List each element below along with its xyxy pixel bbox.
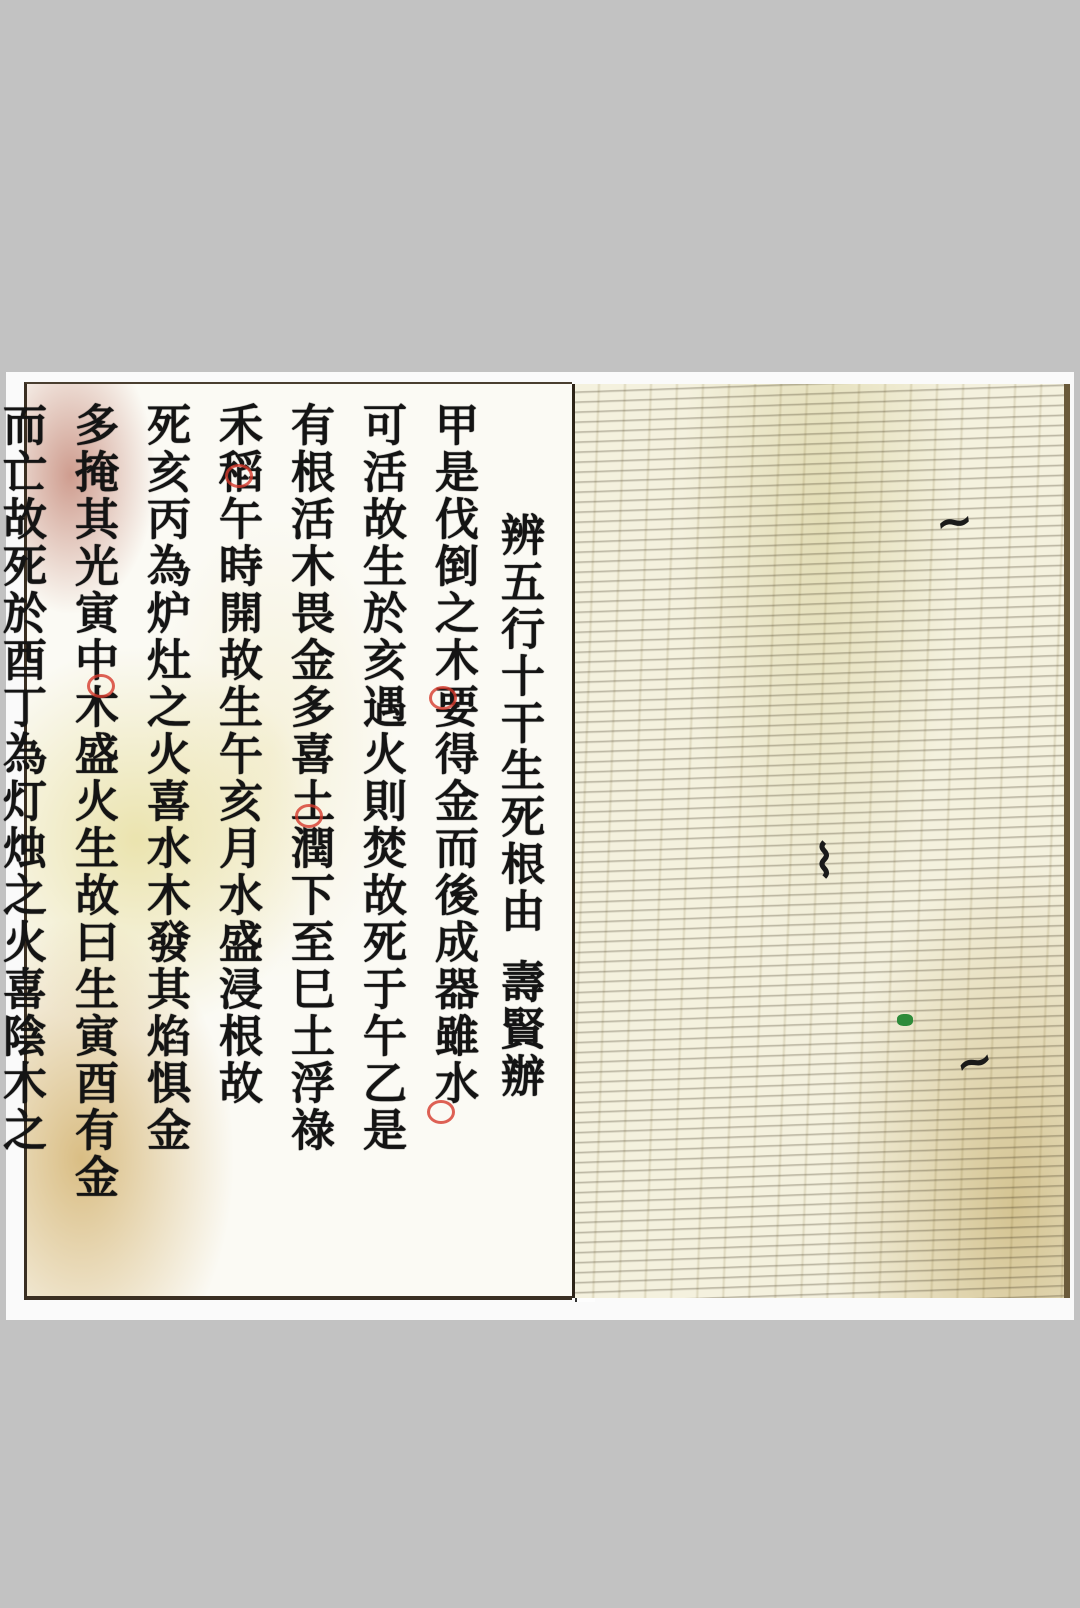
red-circle-mark	[427, 1100, 455, 1124]
left-page: 辨五行十干生死根由壽賢辦 甲是伐倒之木要得金而後成器雖水 可活故生於亥遇火則焚故…	[24, 382, 572, 1300]
red-circle-mark	[295, 804, 323, 828]
red-circle-mark	[429, 686, 457, 710]
text-column: 可活故生於亥遇火則焚故死于午乙是	[344, 402, 416, 1282]
red-circle-mark	[225, 464, 253, 488]
right-page: ~ ⌇ ~	[572, 384, 1070, 1298]
text-column: 有根活木畏金多喜土潤下至巳土浮祿	[272, 402, 344, 1282]
text-column: 死亥丙為炉灶之火喜水木發其焰惧金	[128, 402, 200, 1282]
author-signature: 壽賢辦	[482, 959, 554, 1100]
text-column: 而亡故死於酉丁為灯烛之火喜陰木之	[0, 402, 56, 1282]
ink-scribble: ⌇	[813, 834, 835, 888]
text-column-title: 辨五行十干生死根由壽賢辦	[488, 402, 554, 1282]
ink-scribble: ~	[949, 1030, 1000, 1092]
green-stain	[897, 1014, 913, 1026]
text-columns: 辨五行十干生死根由壽賢辦 甲是伐倒之木要得金而後成器雖水 可活故生於亥遇火則焚故…	[0, 402, 554, 1282]
text-column: 禾稻午時開故生午亥月水盛浸根故	[200, 402, 272, 1282]
scanned-spread: 辨五行十干生死根由壽賢辦 甲是伐倒之木要得金而後成器雖水 可活故生於亥遇火則焚故…	[6, 372, 1074, 1320]
text-column: 多掩其光寅中木盛火生故曰生寅酉有金	[56, 402, 128, 1282]
title-text: 辨五行十干生死根由	[493, 512, 544, 935]
ink-scribble: ~	[931, 492, 977, 551]
text-column: 甲是伐倒之木要得金而後成器雖水	[416, 402, 488, 1282]
red-circle-mark	[87, 674, 115, 698]
